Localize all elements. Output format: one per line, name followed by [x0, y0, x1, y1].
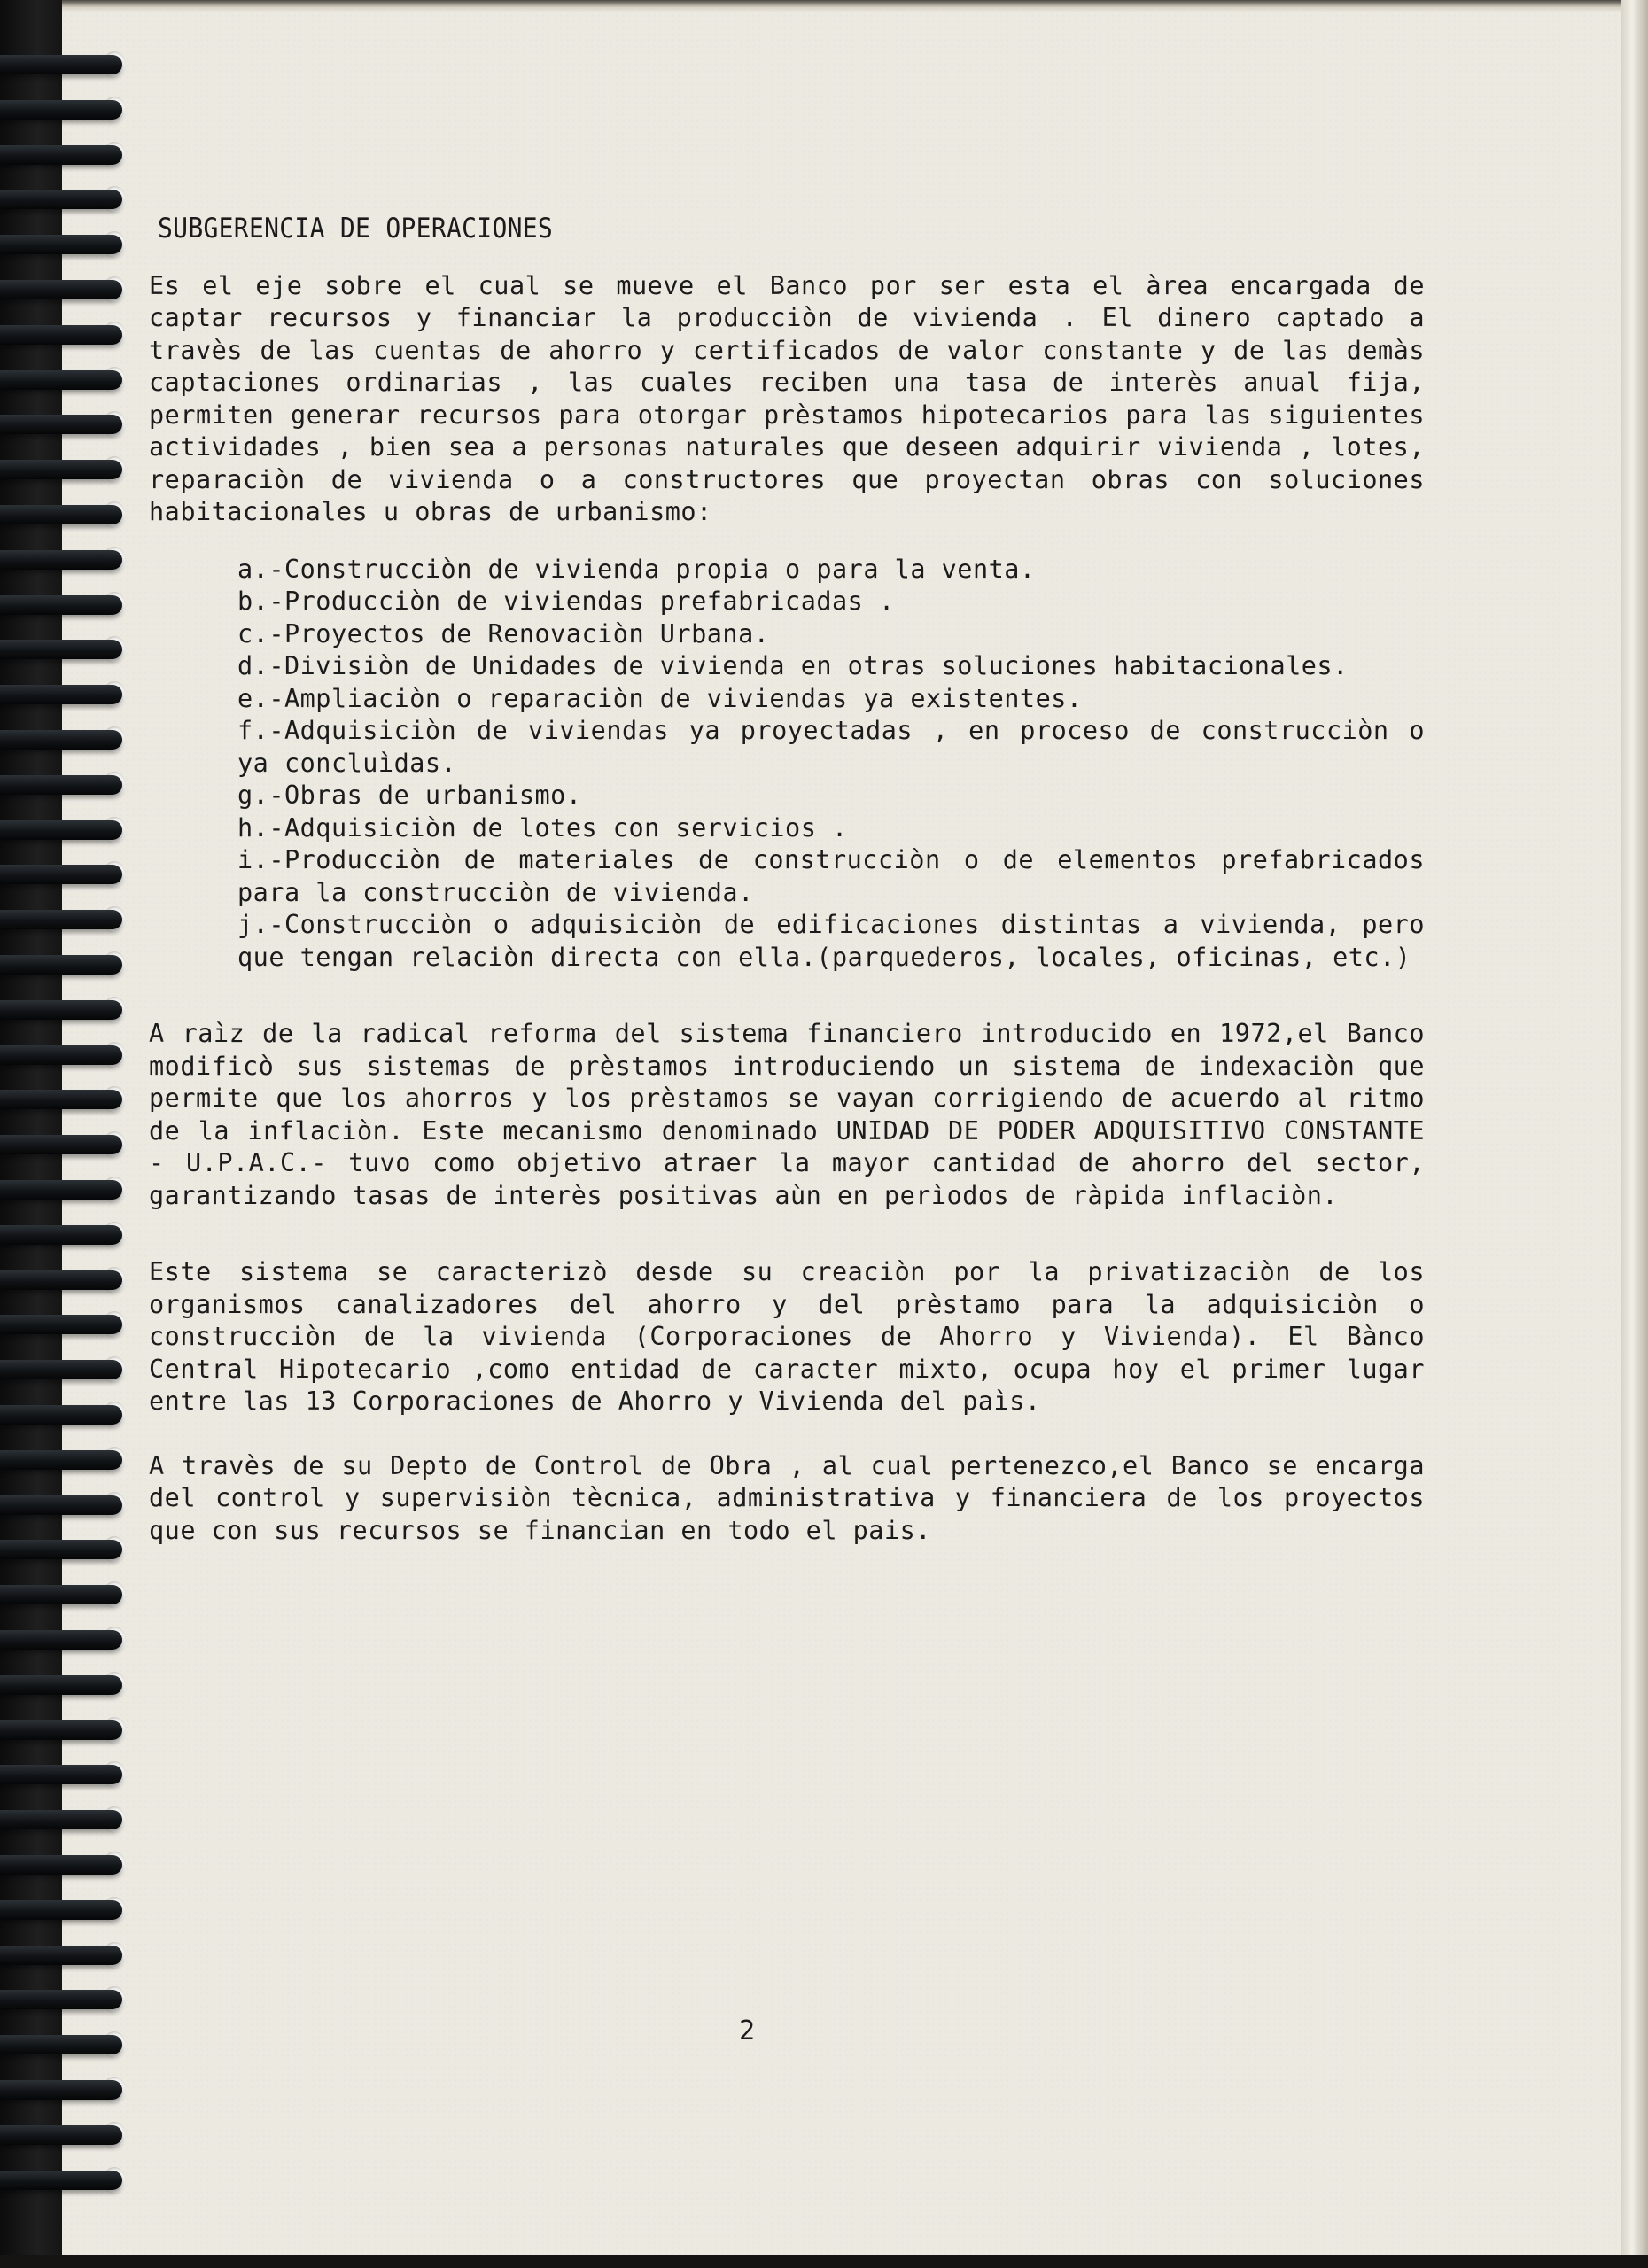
spiral-coil	[0, 235, 122, 254]
list-item: g.-Obras de urbanismo.	[237, 780, 1425, 812]
spiral-coil	[0, 955, 122, 975]
spiral-coil	[0, 1675, 122, 1695]
spiral-coil	[0, 1315, 122, 1334]
list-item: b.-Producciòn de viviendas prefabricadas…	[237, 586, 1425, 618]
page-bottom-shadow	[0, 2255, 1648, 2268]
list-item: j.-Construcciòn o adquisiciòn de edifica…	[237, 909, 1425, 974]
spiral-coil	[0, 1630, 122, 1650]
spiral-coil	[0, 1180, 122, 1200]
spiral-coil	[0, 730, 122, 750]
spacer	[149, 1212, 1425, 1256]
spiral-coil	[0, 190, 122, 209]
spiral-coil	[0, 505, 122, 524]
spacer	[149, 974, 1425, 1018]
spiral-coil	[0, 640, 122, 659]
list-item: h.-Adquisiciòn de lotes con servicios .	[237, 812, 1425, 845]
spiral-coil	[0, 1000, 122, 1020]
spiral-coil	[0, 415, 122, 434]
document-body: SUBGERENCIA DE OPERACIONES Es el eje sob…	[149, 213, 1425, 1547]
spiral-coil	[0, 1990, 122, 2009]
spiral-coil	[0, 1090, 122, 1109]
spiral-coil	[0, 2171, 122, 2190]
spiral-coil	[0, 100, 122, 120]
spiral-coil	[0, 1405, 122, 1425]
spiral-coil	[0, 595, 122, 615]
spiral-coil	[0, 865, 122, 884]
list-item: i.-Producciòn de materiales de construcc…	[237, 844, 1425, 909]
system-paragraph: Este sistema se caracterizò desde su cre…	[149, 1256, 1425, 1418]
spiral-coil	[0, 1360, 122, 1379]
spiral-coil	[0, 550, 122, 570]
intro-paragraph: Es el eje sobre el cual se mueve el Banc…	[149, 270, 1425, 529]
spiral-coil	[0, 2080, 122, 2100]
spiral-coil	[0, 1855, 122, 1875]
spiral-coil	[0, 1270, 122, 1290]
list-item: d.-Divisiòn de Unidades de vivienda en o…	[237, 650, 1425, 683]
spiral-coil	[0, 2125, 122, 2145]
spiral-coil	[0, 1045, 122, 1065]
spacer	[149, 1418, 1425, 1450]
spiral-coil	[0, 685, 122, 704]
page-stack-edge	[1621, 0, 1648, 2268]
spiral-coil	[0, 1810, 122, 1829]
list-item: f.-Adquisiciòn de viviendas ya proyectad…	[237, 715, 1425, 780]
activities-list: a.-Construcciòn de vivienda propia o par…	[149, 554, 1425, 975]
spiral-coil	[0, 1765, 122, 1784]
spiral-coil	[0, 1225, 122, 1245]
spiral-coil	[0, 1946, 122, 1965]
spiral-coil	[0, 55, 122, 74]
spiral-coil	[0, 820, 122, 840]
spiral-coil	[0, 370, 122, 390]
spiral-coil	[0, 1540, 122, 1559]
page-edge-top	[62, 0, 1648, 12]
reform-paragraph: A raìz de la radical reforma del sistema…	[149, 1018, 1425, 1212]
page-number: 2	[739, 2016, 755, 2047]
spiral-coil	[0, 910, 122, 929]
list-item: a.-Construcciòn de vivienda propia o par…	[237, 554, 1425, 586]
spiral-coil	[0, 1450, 122, 1470]
spiral-coil	[0, 460, 122, 479]
spiral-coil	[0, 1135, 122, 1154]
control-paragraph: A travès de su Depto de Control de Obra …	[149, 1450, 1425, 1548]
spiral-coil	[0, 1495, 122, 1515]
list-item: c.-Proyectos de Renovaciòn Urbana.	[237, 618, 1425, 651]
spiral-coil	[0, 1720, 122, 1740]
spiral-coil	[0, 2035, 122, 2054]
spiral-coil	[0, 280, 122, 299]
spiral-coil	[0, 325, 122, 345]
spiral-coil	[0, 1585, 122, 1604]
spiral-coil	[0, 775, 122, 795]
spiral-coil	[0, 1900, 122, 1920]
spiral-coil	[0, 145, 122, 165]
list-item: e.-Ampliaciòn o reparaciòn de viviendas …	[237, 683, 1425, 716]
section-heading: SUBGERENCIA DE OPERACIONES	[158, 211, 1425, 247]
